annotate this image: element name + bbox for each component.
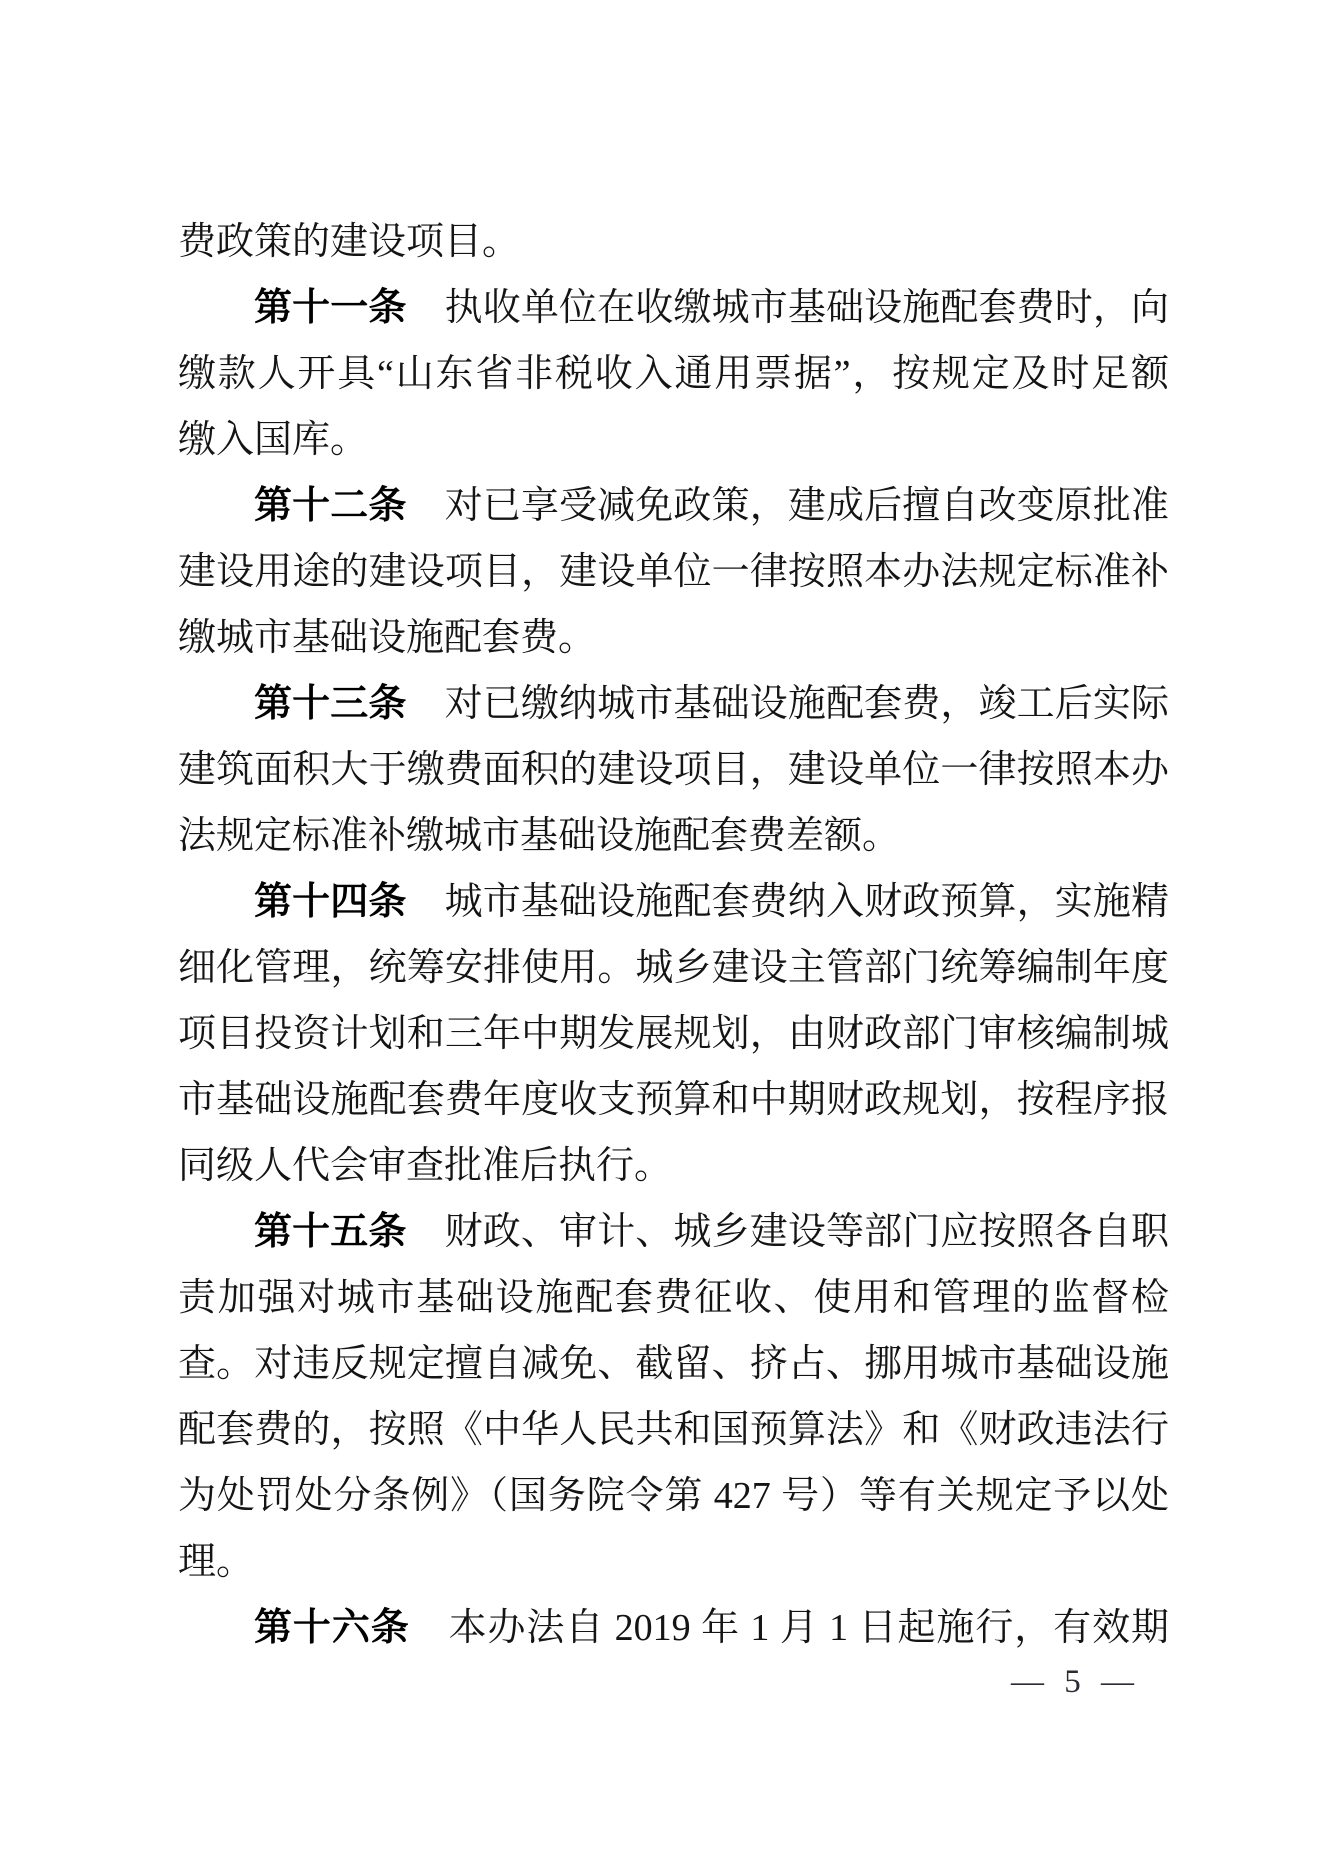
article-line: 第十二条 对已享受减免政策，建成后擅自改变原批准 [178, 473, 1169, 539]
article-label: 第十二条 [254, 485, 407, 527]
text-line: 为处罚处分条例》（国务院令第 427 号）等有关规定予以处 [178, 1463, 1169, 1529]
text-line: 法规定标准补缴城市基础设施配套费差额。 [178, 803, 1169, 869]
text-line: 缴入国库。 [178, 407, 1169, 473]
article-label: 第十六条 [254, 1607, 410, 1649]
page-number: — 5 — [1011, 1662, 1140, 1702]
text-line: 配套费的，按照《中华人民共和国预算法》和《财政违法行 [178, 1397, 1169, 1463]
article-line: 第十三条 对已缴纳城市基础设施配套费，竣工后实际 [178, 671, 1169, 737]
article-label: 第十一条 [254, 287, 407, 329]
article-label: 第十三条 [254, 683, 407, 725]
text-line: 缴款人开具“山东省非税收入通用票据”，按规定及时足额 [178, 341, 1169, 407]
text-line: 建筑面积大于缴费面积的建设项目，建设单位一律按照本办 [178, 737, 1169, 803]
text-line: 建设用途的建设项目，建设单位一律按照本办法规定标准补 [178, 539, 1169, 605]
text-line: 市基础设施配套费年度收支预算和中期财政规划，按程序报 [178, 1067, 1169, 1133]
text-line: 项目投资计划和三年中期发展规划，由财政部门审核编制城 [178, 1001, 1169, 1067]
text-line: 细化管理，统筹安排使用。城乡建设主管部门统筹编制年度 [178, 935, 1169, 1001]
article-line: 第十六条 本办法自 2019 年 1 月 1 日起施行，有效期 5 [178, 1595, 1169, 1661]
text-line: 查。对违反规定擅自减免、截留、挤占、挪用城市基础设施 [178, 1331, 1169, 1397]
text-line: 责加强对城市基础设施配套费征收、使用和管理的监督检 [178, 1265, 1169, 1331]
article-label: 第十四条 [254, 881, 407, 923]
article-line: 第十一条 执收单位在收缴城市基础设施配套费时，向 [178, 275, 1169, 341]
text-line: 理。 [178, 1529, 1169, 1595]
article-line: 第十四条 城市基础设施配套费纳入财政预算，实施精 [178, 869, 1169, 935]
text-line: 缴城市基础设施配套费。 [178, 605, 1169, 671]
text-line: 费政策的建设项目。 [178, 209, 1169, 275]
document-page: 费政策的建设项目。第十一条 执收单位在收缴城市基础设施配套费时，向缴款人开具“山… [0, 0, 1321, 1870]
article-line: 第十五条 财政、审计、城乡建设等部门应按照各自职 [178, 1199, 1169, 1265]
article-label: 第十五条 [254, 1211, 407, 1253]
document-body: 费政策的建设项目。第十一条 执收单位在收缴城市基础设施配套费时，向缴款人开具“山… [178, 209, 1169, 1661]
text-line: 同级人代会审查批准后执行。 [178, 1133, 1169, 1199]
